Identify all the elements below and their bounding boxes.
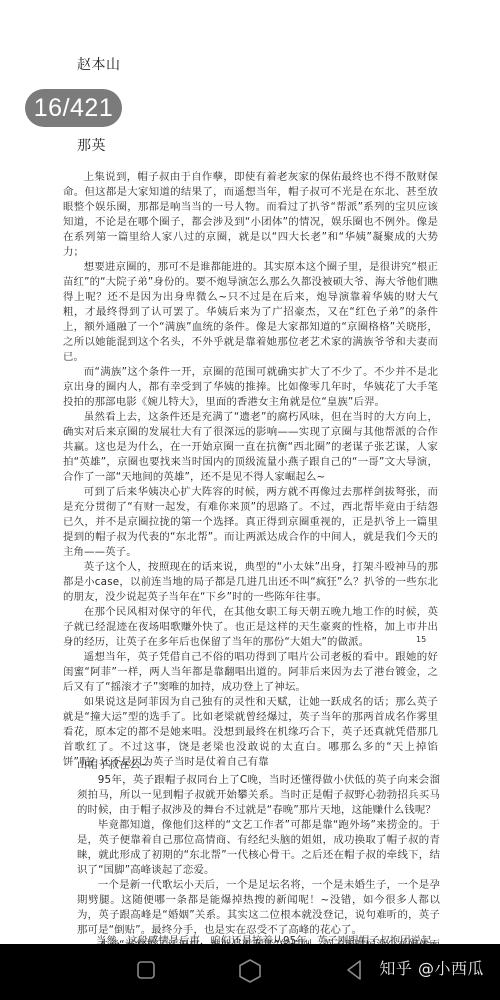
document-page-a: 上集说到，帽子叔由于自作孽，即使有着老灰家的保佑最终也不得不散财保命。但这都是大…	[63, 170, 438, 770]
paragraph: 95年，英子跟帽子叔同台上了C晚，当时还懂得做小伏低的英子向来会溜须拍马，所以一…	[38, 773, 440, 818]
list-label-above[interactable]: 赵本山	[77, 54, 121, 74]
recent-apps-button[interactable]	[132, 956, 160, 984]
paragraph-continuation: 山帽子叔在么~	[38, 758, 440, 773]
paragraph: 遥想当年，英子凭借自己不俗的唱功得到了唱片公司老板的看中。跟她的好闺蜜“阿菲”一…	[63, 650, 438, 695]
paragraph: 一个是新一代歌坛小天后，一个是足坛名将，一个是未婚生子，一个是孕期劈腿。这随便哪…	[38, 878, 440, 938]
back-button[interactable]	[340, 956, 368, 984]
paragraph: 而“满族”这个条件一开，京圈的范围可就确实扩大了不少了。不少并不是北京出身的圈内…	[63, 365, 438, 410]
zhihu-watermark: 知乎 @小西瓜	[379, 956, 484, 979]
triangle-back-icon	[340, 956, 368, 984]
paragraph: 虽然看上去，这条件还是充满了“遗老”的腐朽风味，但在当时的大方向上，确实对后来京…	[63, 410, 438, 485]
page-number: 15	[416, 635, 426, 644]
paragraph: 可到了后来华姨决心扩大阵容的时候，两方就不再像过去那样剑拔弩张，而是充分贯彻了“…	[63, 485, 438, 560]
paragraph: 毕竟都知道，像他们这样的“文艺工作者”可都是靠“跑外场”来捞金的。于是，英子便靠…	[38, 818, 440, 878]
paragraph: 想要进京圈的，那可不是谁都能进的。其实原本这个圈子里，是很讲究“根正苗红”的“大…	[63, 260, 438, 365]
paragraph: 在那个民风相对保守的年代，在其他女职工每天朝五晚九地工作的时候，英子就已经混迹在…	[63, 605, 438, 650]
page-counter-badge: 16/421	[25, 89, 122, 127]
list-label-below[interactable]: 那英	[77, 135, 106, 155]
paragraph: 英子这个人，按照现在的话来说，典型的“小太妹”出身，打架斗殴神马的那都是小cas…	[63, 560, 438, 605]
hexagon-icon	[235, 956, 265, 986]
navigation-bar: 知乎 @小西瓜	[0, 944, 500, 1000]
paragraph: 上集说到，帽子叔由于自作孽，即使有着老灰家的保佑最终也不得不散财保命。但这都是大…	[63, 170, 438, 260]
square-icon	[132, 956, 160, 984]
home-button[interactable]	[235, 956, 263, 984]
